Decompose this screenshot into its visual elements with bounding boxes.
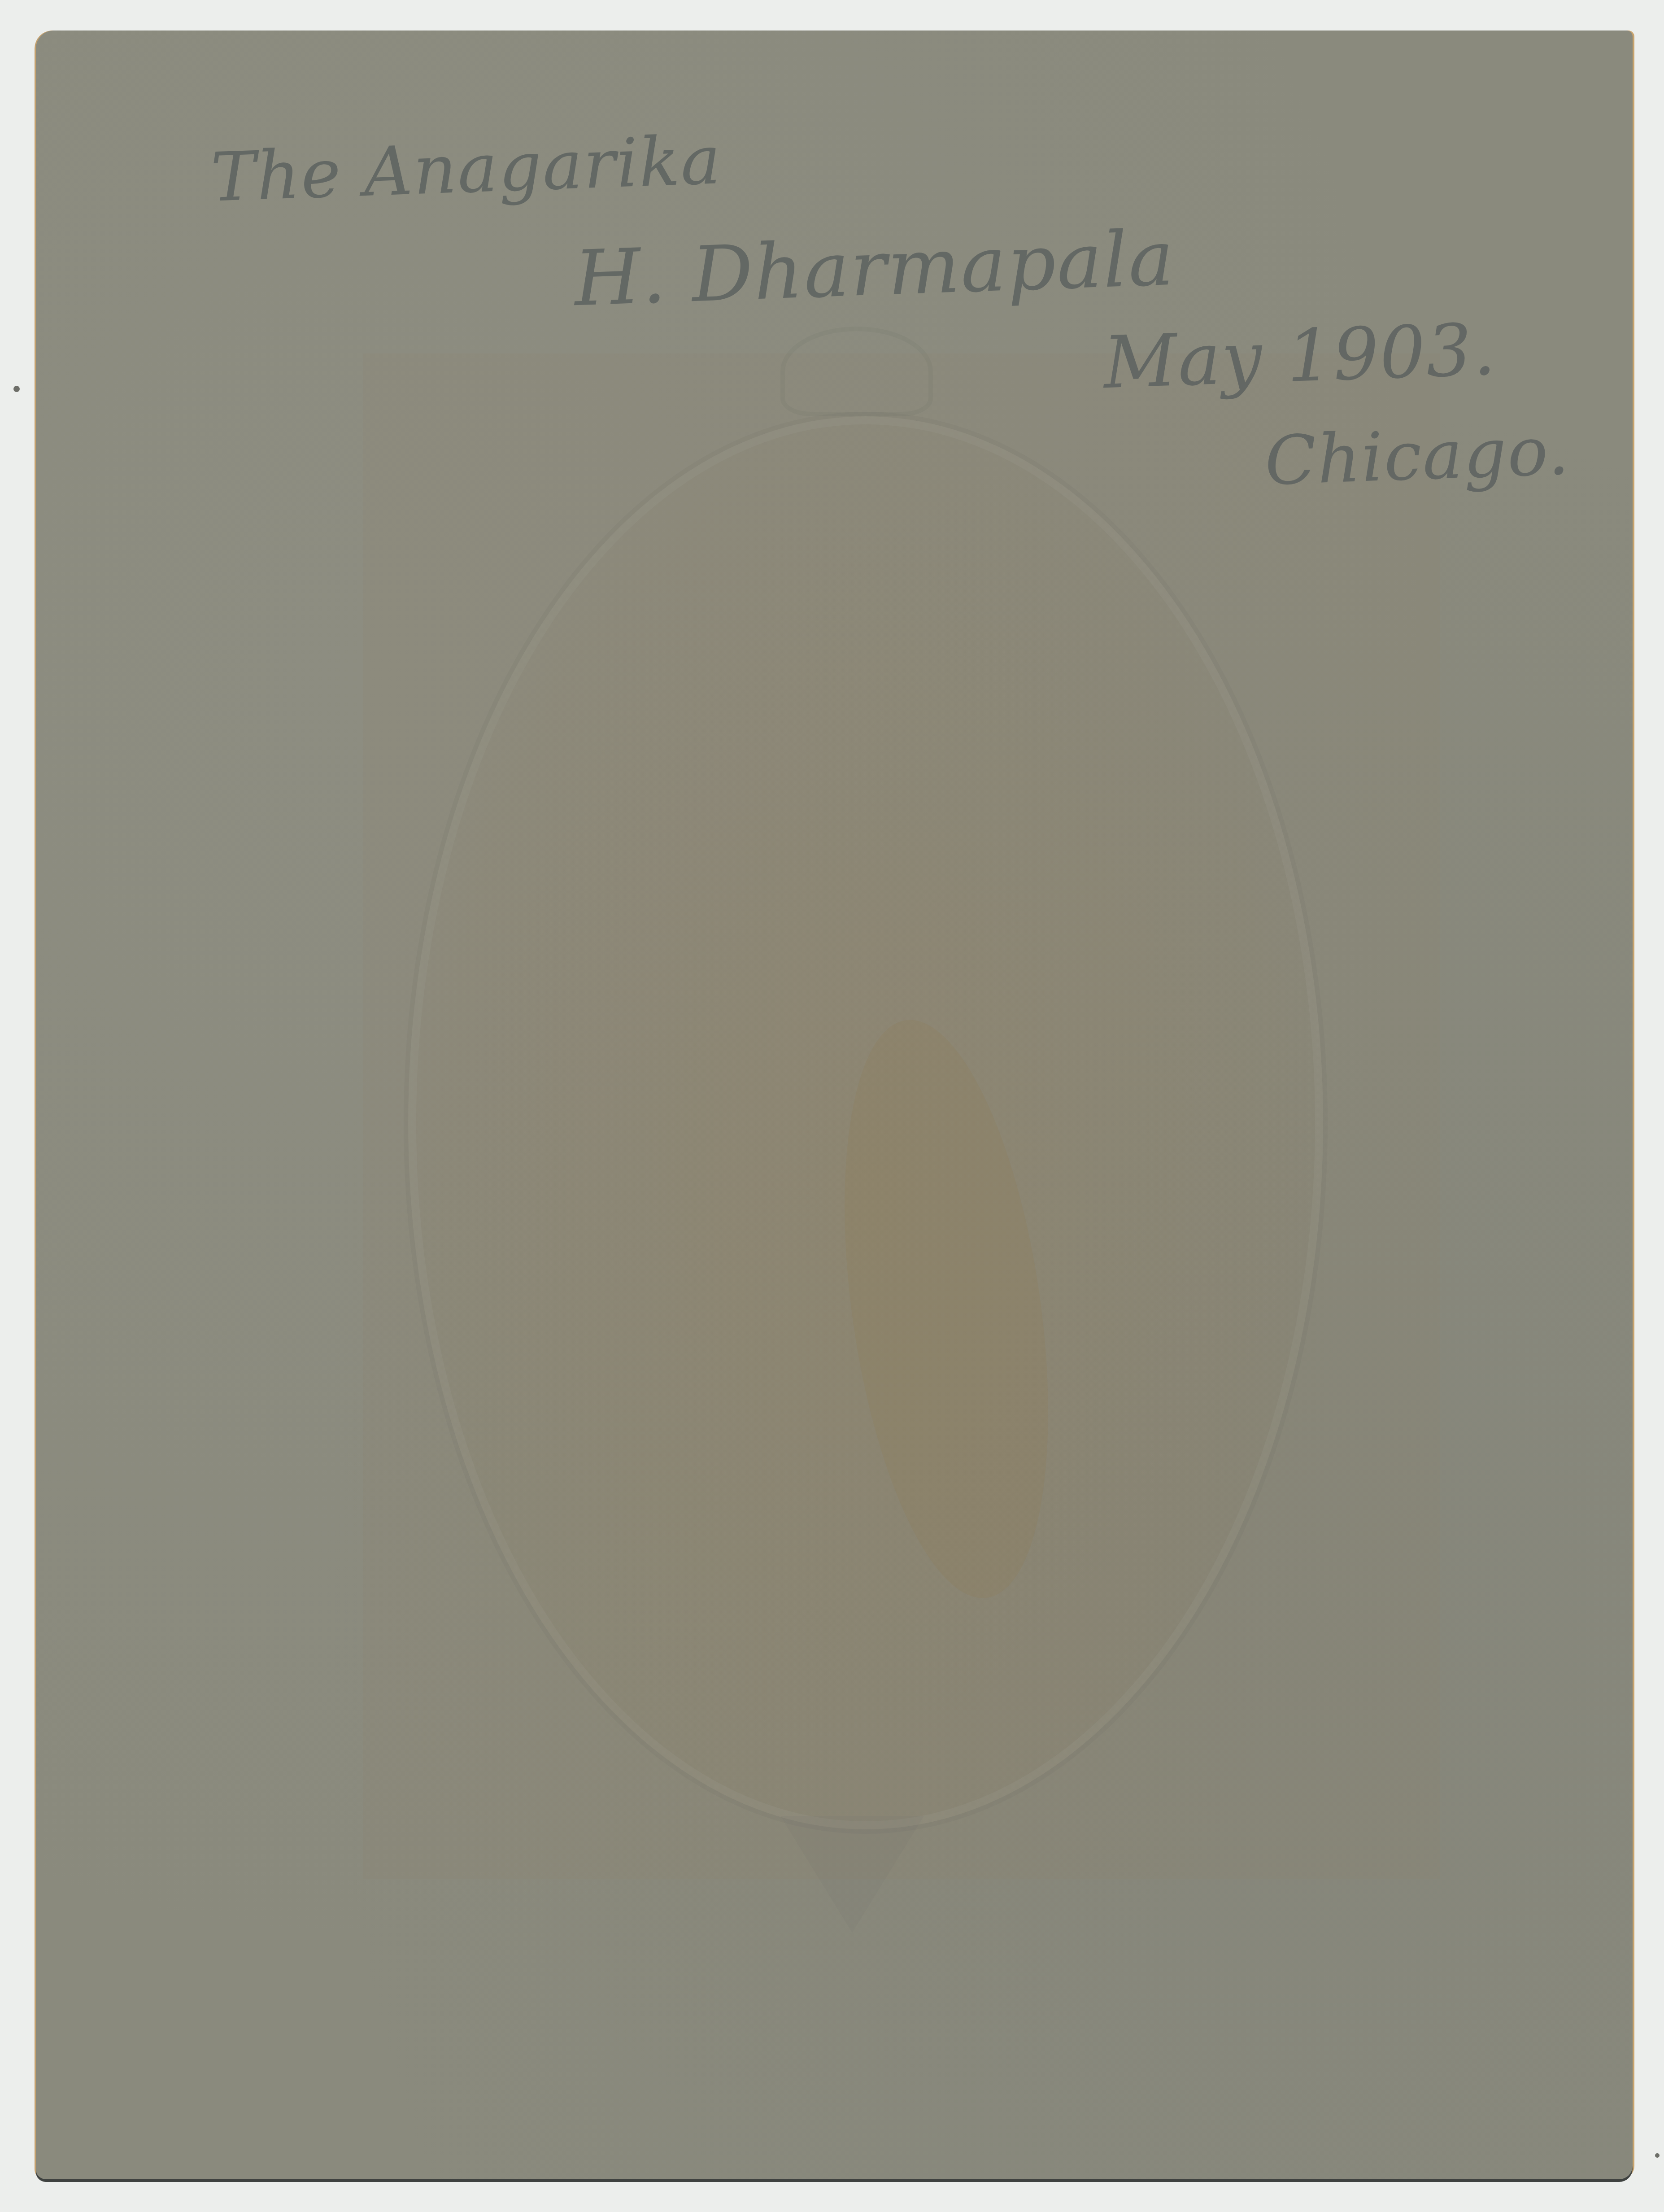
dust-speck	[13, 386, 20, 392]
dust-speck	[1655, 2153, 1660, 2158]
oval-frame-crest	[780, 327, 933, 416]
inscription-place: Chicago.	[1263, 412, 1571, 501]
inscription-date: May 1903.	[1102, 307, 1498, 405]
